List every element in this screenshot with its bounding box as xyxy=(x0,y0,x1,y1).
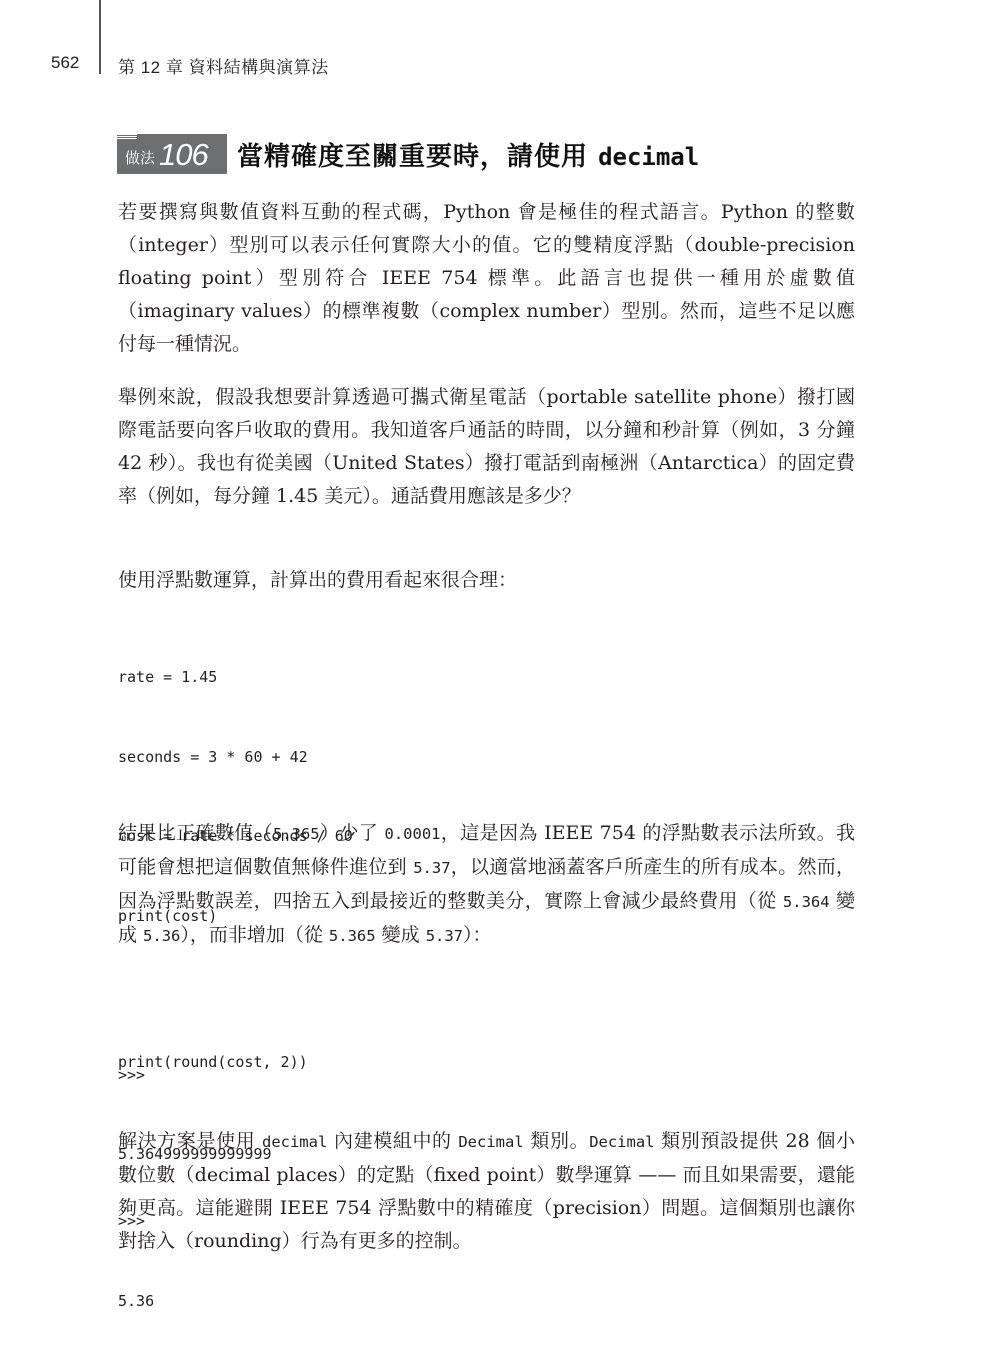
paragraph-example: 舉例來說，假設我想要計算透過可攜式衛星電話（portable satellite… xyxy=(118,381,855,513)
text-run: ），而非增加（從 xyxy=(180,924,329,946)
inline-code: Decimal xyxy=(589,1133,654,1151)
code-line: print(round(cost, 2)) xyxy=(118,1049,308,1076)
paragraph-solution: 解決方案是使用 decimal 內建模組中的 Decimal 類別。Decima… xyxy=(118,1125,855,1258)
text-run: 變成 xyxy=(376,924,426,946)
section-title-text: 當精確度至關重要時，請使用 xyxy=(237,142,598,172)
header-divider xyxy=(99,0,101,74)
text-run: 類別。 xyxy=(524,1130,590,1152)
section-title-code: decimal xyxy=(598,143,699,171)
paragraph-intro: 若要撰寫與數值資料互動的程式碼，Python 會是極佳的程式語言。Python … xyxy=(118,196,855,361)
text-run: 結果比正確數值（ xyxy=(118,822,273,844)
chapter-title: 第 12 章 資料結構與演算法 xyxy=(118,53,329,78)
inline-code: Decimal xyxy=(458,1133,523,1151)
running-header: 562 第 12 章 資料結構與演算法 xyxy=(0,0,1000,80)
inline-code: 5.36 xyxy=(143,927,180,945)
page-number: 562 xyxy=(51,53,79,73)
text-run: 解決方案是使用 xyxy=(118,1130,262,1152)
badge-label: 做法 xyxy=(125,147,155,168)
badge-number: 106 xyxy=(159,137,208,173)
inline-code: 5.365 xyxy=(273,825,320,843)
inline-code: 5.364 xyxy=(783,893,830,911)
item-badge: 做法 106 xyxy=(117,134,227,174)
paragraph-float-lead: 使用浮點數運算，計算出的費用看起來很合理： xyxy=(118,564,855,597)
paragraph-rounding-issue: 結果比正確數值（5.365）少了 0.0001，這是因為 IEEE 754 的浮… xyxy=(118,817,855,953)
badge-stripes-decoration xyxy=(117,134,137,142)
code-line: seconds = 3 * 60 + 42 xyxy=(118,744,353,771)
code-line: rate = 1.45 xyxy=(118,664,353,691)
text-run: ）： xyxy=(463,924,492,946)
inline-code: 5.37 xyxy=(413,859,450,877)
section-heading: 做法 106 當精確度至關重要時，請使用 decimal xyxy=(117,134,699,174)
inline-code: decimal xyxy=(262,1133,327,1151)
inline-code: 0.0001 xyxy=(385,825,441,843)
inline-code: 5.365 xyxy=(329,927,376,945)
section-title: 當精確度至關重要時，請使用 decimal xyxy=(237,136,699,173)
text-run: 內建模組中的 xyxy=(327,1130,458,1152)
code-line: 5.36 xyxy=(118,1288,308,1315)
inline-code: 5.37 xyxy=(426,927,463,945)
text-run: ）少了 xyxy=(320,822,385,844)
